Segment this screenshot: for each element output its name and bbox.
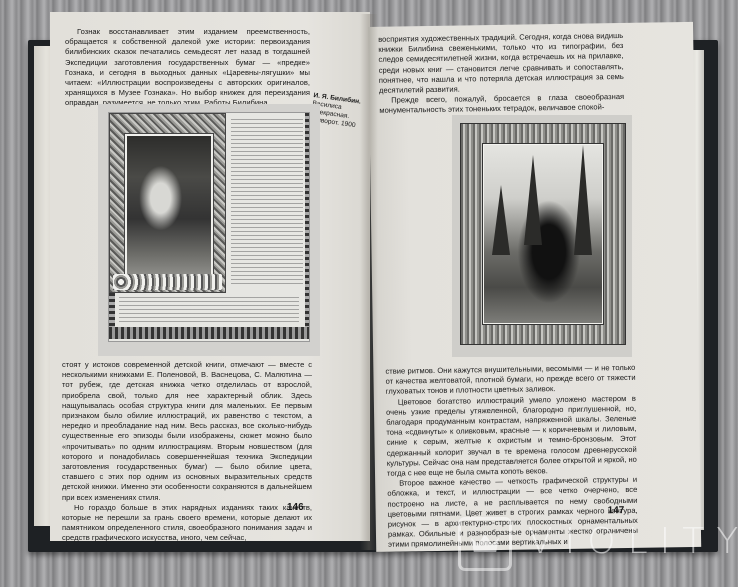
right-top-text: восприятия художественных традиций. Сего…: [378, 31, 624, 116]
paragraph: Цветовое богатство иллюстраций умело уло…: [386, 393, 637, 479]
paragraph: Но гораздо больше в этих нарядных издани…: [62, 503, 312, 541]
illustration-text-block: [119, 297, 299, 323]
floral-border: [113, 274, 222, 290]
page-number: 146: [287, 502, 304, 513]
paragraph: Гознак восстанавливает этим изданием пре…: [65, 27, 310, 109]
ornamental-frame: [460, 123, 626, 345]
illustration-image: [125, 134, 213, 276]
left-bottom-text: стоят у истоков современной детской книг…: [62, 360, 312, 541]
illustration-image: [483, 144, 603, 324]
tree-shape: [524, 155, 542, 245]
paragraph: Прежде всего, пожалуй, бросается в глаза…: [379, 92, 624, 116]
watermark-text: VIOLITY: [528, 521, 738, 562]
watermark: VIOLITY: [458, 517, 728, 575]
book-gutter: [360, 14, 378, 550]
illustration-horseman: [452, 115, 632, 357]
page-number: 147: [608, 505, 625, 516]
paragraph: стоят у истоков современной детской книг…: [62, 360, 312, 503]
left-top-text: Гознак восстанавливает этим изданием пре…: [65, 27, 310, 109]
paragraph: восприятия художественных традиций. Сего…: [378, 31, 624, 96]
illustration-spread: [108, 112, 310, 342]
tree-shape: [574, 145, 592, 255]
watermark-logo: [458, 517, 512, 571]
illustration-text-column: [231, 119, 303, 287]
ornamental-frame: [109, 113, 226, 293]
crown-icon: [471, 534, 499, 552]
paragraph: ствие ритмов. Они кажутся внушительными,…: [385, 363, 635, 398]
ornamental-border: [305, 113, 309, 339]
tree-shape: [492, 185, 510, 255]
ornamental-border: [109, 327, 309, 339]
illustration-vasilisa: [98, 104, 320, 356]
